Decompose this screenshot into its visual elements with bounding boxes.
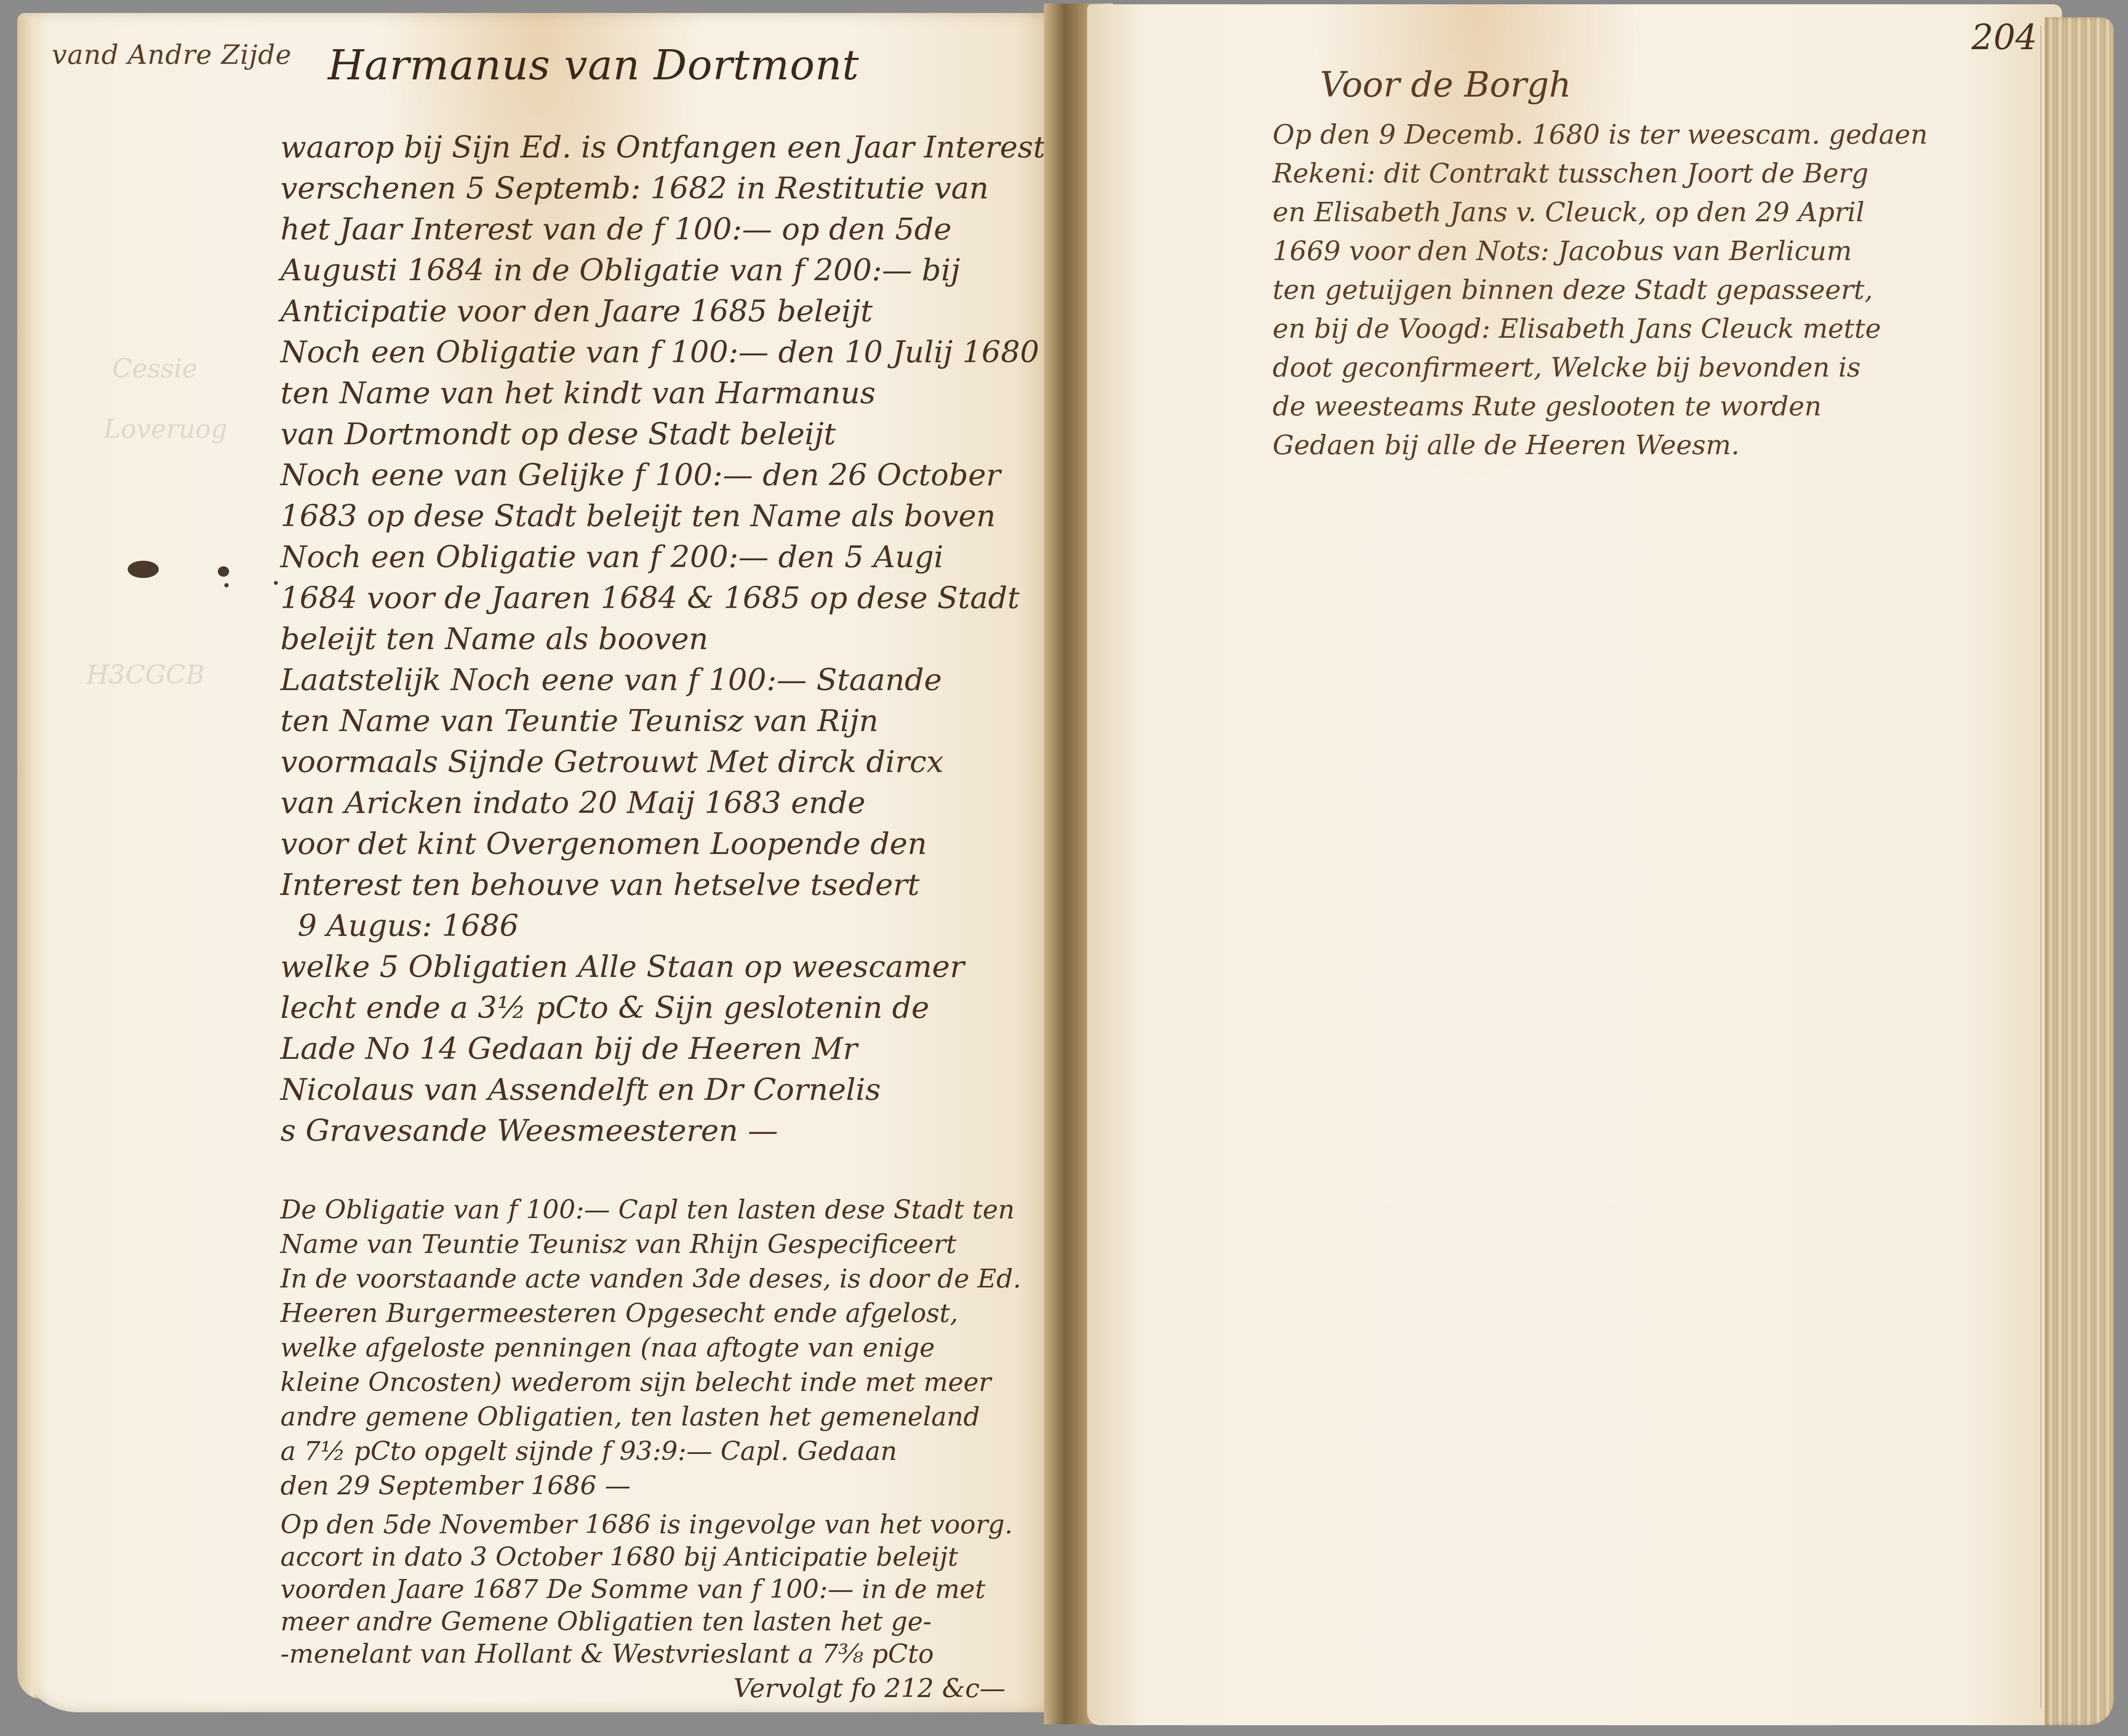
text-line: Augusti 1684 in de Obligatie van f 200:—… (280, 252, 960, 288)
text-line: en Elisabeth Jans v. Cleuck, op den 29 A… (1273, 196, 1864, 228)
text-line: andre gemene Obligatien, ten lasten het … (280, 1402, 980, 1432)
text-line: De Obligatie van f 100:— Capl ten lasten… (280, 1195, 1015, 1225)
left-page-edge (17, 17, 43, 1699)
bleed-through-text: Loveruog (104, 414, 227, 444)
text-line: Gedaen bij alle de Heeren Weesm. (1273, 429, 1740, 461)
text-line: Noch een Obligatie van f 200:— den 5 Aug… (280, 539, 943, 574)
text-line: meer andre Gemene Obligatien ten lasten … (280, 1607, 931, 1637)
text-line: 9 Augus: 1686 (298, 908, 519, 943)
text-line: waarop bij Sijn Ed. is Ontfangen een Jaa… (280, 129, 1045, 165)
text-line: lecht ende a 3½ pCto & Sijn geslotenin d… (280, 990, 929, 1025)
text-line: kleine Oncosten) wederom sijn belecht in… (280, 1367, 991, 1397)
bleed-through-text: H3CGCB (86, 660, 204, 690)
text-line: 1683 op dese Stadt beleijt ten Name als … (280, 498, 996, 534)
text-line: -menelant van Hollant & Westvrieslant a … (280, 1639, 934, 1669)
text-line: Laatstelijk Noch eene van f 100:— Staand… (280, 662, 942, 697)
margin-ruling (2040, 26, 2041, 1708)
text-line: voor det kint Overgenomen Loopende den (280, 826, 927, 861)
text-line: en bij de Voogd: Elisabeth Jans Cleuck m… (1273, 313, 1881, 344)
text-line: Rekeni: dit Contrakt tusschen Joort de B… (1273, 157, 1868, 189)
text-line: ten Name van het kindt van Harmanus (280, 375, 876, 411)
folio-number: 204 (1971, 17, 2037, 57)
ink-blot (128, 561, 159, 578)
bleed-through-text: Cessie (112, 354, 198, 384)
text-line: Op den 9 Decemb. 1680 is ter weescam. ge… (1273, 119, 1928, 150)
text-line: Noch eene van Gelijke f 100:— den 26 Oct… (280, 457, 1000, 493)
text-line: voorden Jaare 1687 De Somme van f 100:— … (280, 1574, 985, 1604)
text-line: a 7½ pCto opgelt sijnde f 93:9:— Capl. G… (280, 1436, 897, 1466)
text-line: Nicolaus van Assendelft en Dr Cornelis (280, 1072, 881, 1107)
ink-blot (218, 566, 229, 577)
text-line: 1669 voor den Nots: Jacobus van Berlicum (1273, 235, 1852, 267)
text-line: welke afgeloste penningen (naa aftogte v… (280, 1333, 935, 1363)
left-page-heading: Harmanus van Dortmont (328, 41, 859, 89)
text-line: In de voorstaande acte vanden 3de deses,… (280, 1264, 1021, 1294)
manuscript-photo: Cessie Loveruog H3CGCB vand Andre Zijde … (0, 0, 2128, 1736)
text-line: Interest ten behouve van hetselve tseder… (280, 867, 920, 902)
text-line: verschenen 5 Septemb: 1682 in Restitutie… (280, 170, 989, 206)
text-line: van Aricken indato 20 Maij 1683 ende (280, 785, 865, 820)
ink-blot (224, 583, 229, 587)
text-line: Noch een Obligatie van f 100:— den 10 Ju… (280, 334, 1039, 370)
page-stack-edge (2045, 17, 2114, 1725)
text-line: Op den 5de November 1686 is ingevolge va… (280, 1510, 1013, 1540)
margin-note: vand Andre Zijde (52, 39, 292, 70)
ink-blot (274, 581, 278, 585)
text-line: Name van Teuntie Teunisz van Rhijn Gespe… (280, 1229, 956, 1259)
text-line: voormaals Sijnde Getrouwt Met dirck dirc… (280, 744, 943, 779)
text-line: doot geconfirmeert, Welcke bij bevonden … (1273, 352, 1861, 383)
text-line: Anticipatie voor den Jaare 1685 beleijt (280, 293, 873, 329)
text-line: welke 5 Obligatien Alle Staan op weescam… (280, 949, 964, 984)
text-line: beleijt ten Name als booven (280, 621, 708, 656)
text-line: Lade No 14 Gedaan bij de Heeren Mr (280, 1031, 858, 1066)
text-line: ten getuijgen binnen deze Stadt gepassee… (1273, 274, 1873, 305)
text-line: de weesteams Rute geslooten te worden (1273, 390, 1822, 422)
text-line: Heeren Burgermeesteren Opgesecht ende af… (280, 1298, 958, 1328)
text-line: 1684 voor de Jaaren 1684 & 1685 op dese … (280, 580, 1019, 615)
text-line: ten Name van Teuntie Teunisz van Rijn (280, 703, 878, 738)
right-page-heading: Voor de Borgh (1320, 65, 1571, 105)
text-line: accort in dato 3 October 1680 bij Antici… (280, 1542, 958, 1572)
text-line: s Gravesande Weesmeesteren — (280, 1113, 778, 1148)
text-line: het Jaar Interest van de f 100:— op den … (280, 211, 952, 247)
text-line: den 29 September 1686 — (280, 1471, 631, 1501)
catchword: Vervolgt fo 212 &c— (733, 1673, 1006, 1704)
text-line: van Dortmondt op dese Stadt beleijt (280, 416, 836, 452)
